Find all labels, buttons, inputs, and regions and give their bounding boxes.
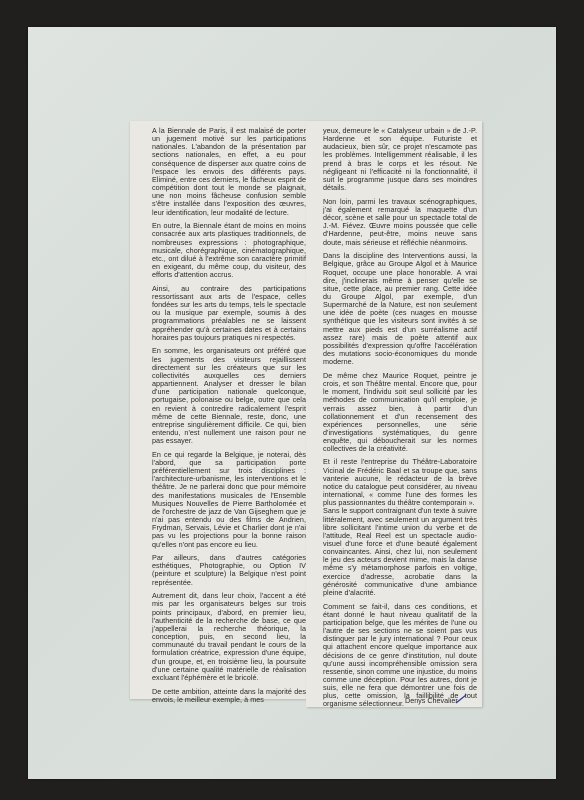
article-column-left: A la Biennale de Paris, il est malaisé d… — [152, 127, 306, 709]
paragraph: yeux, demeure le « Catalyseur urbain » d… — [323, 127, 477, 192]
author-signature: Denys Chevalier — [405, 696, 458, 705]
paragraph: Dans la discipline des Interventions aus… — [323, 252, 477, 366]
paragraph: Sans le support contraignant d'un texte … — [323, 507, 477, 597]
paragraph: En ce qui regarde la Belgique, je notera… — [152, 451, 306, 549]
paragraph: De même chez Maurice Roquet, peintre je … — [323, 372, 477, 454]
paragraph: Comment se fait-il, dans ces conditions,… — [323, 603, 477, 709]
article-column-right: yeux, demeure le « Catalyseur urbain » d… — [323, 127, 477, 709]
pen-mark-icon — [455, 694, 467, 704]
paragraph: Non loin, parmi les travaux scénographiq… — [323, 198, 477, 247]
paragraph: A la Biennale de Paris, il est malaisé d… — [152, 127, 306, 217]
paragraph: Ainsi, au contraire des participations r… — [152, 285, 306, 342]
paragraph: Par ailleurs, dans d'autres catégories e… — [152, 554, 306, 587]
paragraph: Autrement dit, dans leur choix, l'accent… — [152, 592, 306, 682]
paragraph: De cette ambition, atteinte dans la majo… — [152, 688, 306, 704]
paragraph: En somme, les organisateurs ont préféré … — [152, 347, 306, 445]
paragraph: En outre, la Biennale étant de moins en … — [152, 222, 306, 279]
paragraph: Et il reste l'entreprise du Théâtre-Labo… — [323, 458, 477, 507]
